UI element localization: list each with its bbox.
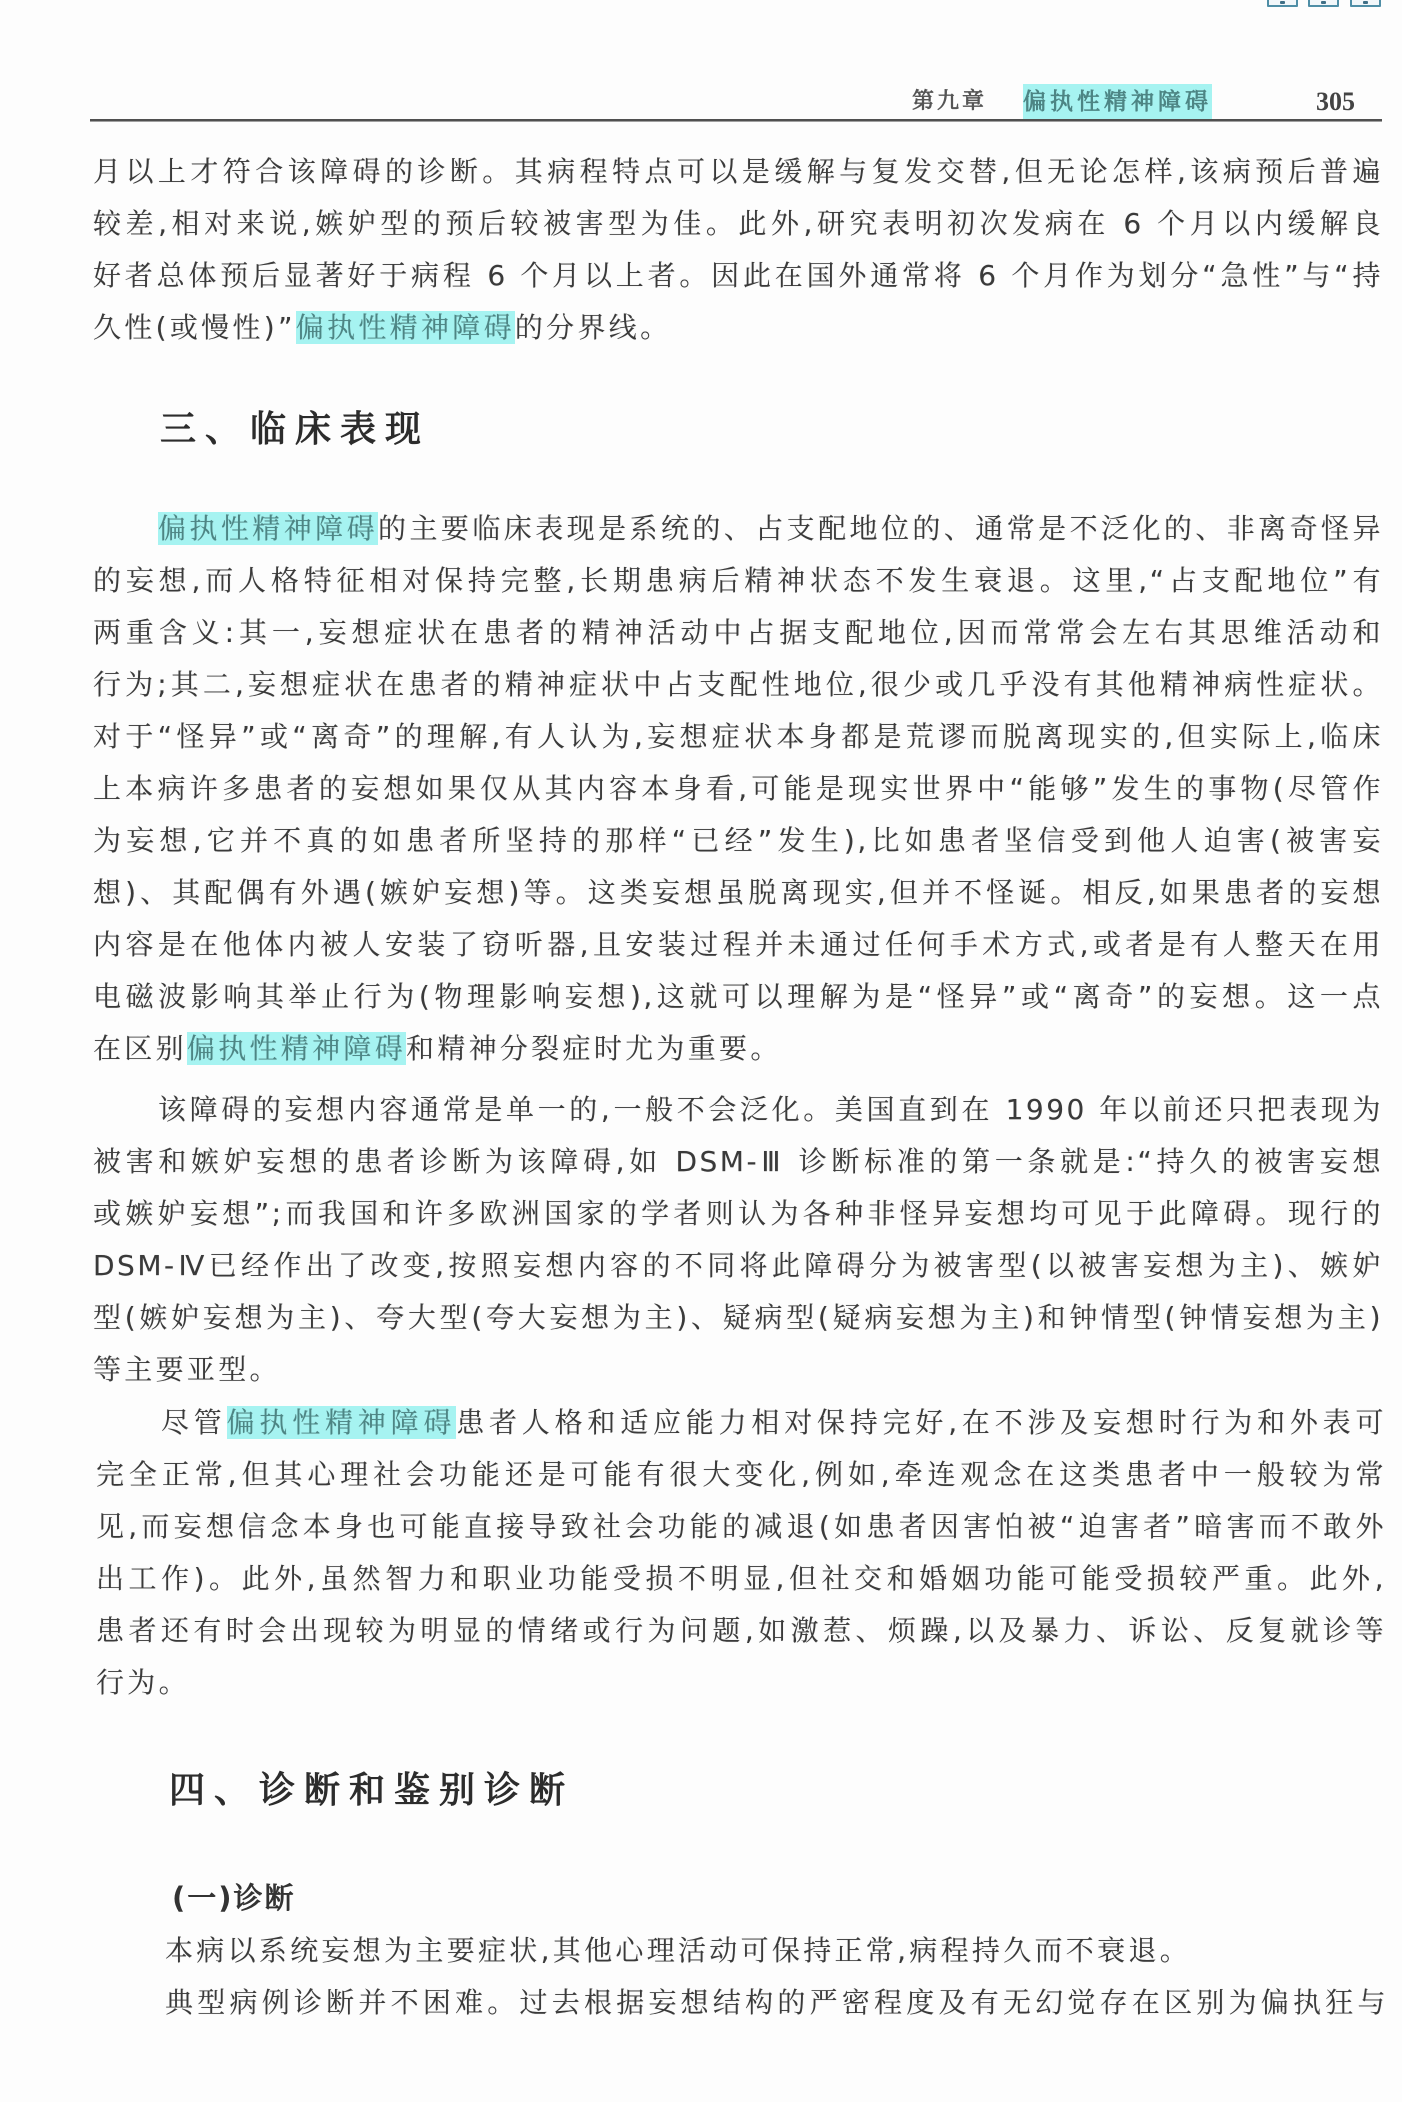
text-line: 想)、其配偶有外遇(嫉妒妄想)等。这类妄想虽脱离现实,但并不怪诞。相反,如果患者… [93, 867, 1383, 919]
text-segment: 的分界线。 [515, 311, 672, 344]
toolbar-button-icon [1321, 1, 1326, 4]
paragraph-6: 典型病例诊断并不困难。过去根据妄想结构的严密程度及有无幻觉存在区别为偏执狂与 [100, 1977, 1388, 2029]
text-line: 较差,相对来说,嫉妒型的预后较被害型为佳。此外,研究表明初次发病在 6 个月以内… [93, 198, 1383, 250]
text-line: 完全正常,但其心理社会功能还是可能有很大变化,例如,牵连观念在这类患者中一般较为… [96, 1449, 1386, 1501]
section-heading-diagnosis: 四、诊断和鉴别诊断 [169, 1764, 574, 1816]
text-line: 上本病许多患者的妄想如果仅从其内容本身看,可能是现实世界中“能够”发生的事物(尽… [93, 763, 1383, 815]
document-page: 第九章 偏执性精神障碍 305 月以上才符合该障碍的诊断。其病程特点可以是缓解与… [0, 0, 1402, 2102]
text-line: DSM-Ⅳ已经作出了改变,按照妄想内容的不同将此障碍分为被害型(以被害妄想为主)… [93, 1240, 1383, 1292]
toolbar-button-1[interactable] [1267, 0, 1298, 7]
text-line: 等主要亚型。 [93, 1344, 1383, 1396]
text-line: 月以上才符合该障碍的诊断。其病程特点可以是缓解与复发交替,但无论怎样,该病预后普… [93, 146, 1383, 198]
running-header-chapter: 第九章 [912, 84, 987, 120]
text-line: 尽管偏执性精神障碍患者人格和适应能力相对保持完好,在不涉及妄想时行为和外表可 [96, 1397, 1386, 1449]
toolbar-button-3[interactable] [1350, 0, 1381, 7]
section-heading-clinical-features: 三、临床表现 [160, 403, 430, 455]
text-segment: 久性(或慢性)” [93, 311, 296, 344]
text-line: 行为;其二,妄想症状在患者的精神症状中占支配性地位,很少或几乎没有其他精神病性症… [93, 659, 1383, 711]
text-segment: 的主要临床表现是系统的、占支配地位的、通常是不泛化的、非离奇怪异 [378, 512, 1383, 545]
header-rule [90, 119, 1382, 121]
text-line: 出工作)。此外,虽然智力和职业功能受损不明显,但社交和婚姻功能可能受损较严重。此… [96, 1553, 1386, 1605]
page-number: 305 [1316, 84, 1355, 120]
search-highlight: 偏执性精神障碍 [158, 512, 378, 545]
text-line: 的妄想,而人格特征相对保持完整,长期患病后精神状态不发生衰退。这里,“占支配地位… [93, 555, 1383, 607]
paragraph-1: 月以上才符合该障碍的诊断。其病程特点可以是缓解与复发交替,但无论怎样,该病预后普… [93, 146, 1383, 354]
text-line: 在区别偏执性精神障碍和精神分裂症时尤为重要。 [93, 1023, 1383, 1075]
paragraph-5: 本病以系统妄想为主要症状,其他心理活动可保持正常,病程持久而不衰退。 [100, 1925, 1388, 1977]
text-line: 内容是在他体内被人安装了窃听器,且安装过程并未通过任何手术方式,或者是有人整天在… [93, 919, 1383, 971]
text-line: 电磁波影响其举止行为(物理影响妄想),这就可以理解为是“怪异”或“离奇”的妄想。… [93, 971, 1383, 1023]
search-highlight: 偏执性精神障碍 [227, 1406, 457, 1439]
text-segment: 尽管 [161, 1406, 227, 1439]
text-line: 型(嫉妒妄想为主)、夸大型(夸大妄想为主)、疑病型(疑病妄想为主)和钟情型(钟情… [93, 1292, 1383, 1344]
toolbar-button-2[interactable] [1308, 0, 1339, 7]
search-highlight: 偏执性精神障碍 [187, 1032, 406, 1065]
text-segment: 患者人格和适应能力相对保持完好,在不涉及妄想时行为和外表可 [456, 1406, 1386, 1439]
text-line: 典型病例诊断并不困难。过去根据妄想结构的严密程度及有无幻觉存在区别为偏执狂与 [100, 1977, 1388, 2029]
paragraph-2: 偏执性精神障碍的主要临床表现是系统的、占支配地位的、通常是不泛化的、非离奇怪异 … [93, 503, 1383, 1075]
text-line: 偏执性精神障碍的主要临床表现是系统的、占支配地位的、通常是不泛化的、非离奇怪异 [93, 503, 1383, 555]
text-line: 久性(或慢性)”偏执性精神障碍的分界线。 [93, 302, 1383, 354]
subsection-heading-diagnosis: (一)诊断 [172, 1872, 296, 1924]
toolbar-button-icon [1280, 1, 1285, 4]
text-line: 为妄想,它并不真的如患者所坚持的那样“已经”发生),比如患者坚信受到他人迫害(被… [93, 815, 1383, 867]
text-line: 或嫉妒妄想”;而我国和许多欧洲国家的学者则认为各种非怪异妄想均可见于此障碍。现行… [93, 1188, 1383, 1240]
text-line: 被害和嫉妒妄想的患者诊断为该障碍,如 DSM-Ⅲ 诊断标准的第一条就是:“持久的… [93, 1136, 1383, 1188]
text-line: 好者总体预后显著好于病程 6 个月以上者。因此在国外通常将 6 个月作为划分“急… [93, 250, 1383, 302]
text-segment: 和精神分裂症时尤为重要。 [406, 1032, 782, 1065]
text-line: 该障碍的妄想内容通常是单一的,一般不会泛化。美国直到在 1990 年以前还只把表… [93, 1084, 1383, 1136]
paragraph-3: 该障碍的妄想内容通常是单一的,一般不会泛化。美国直到在 1990 年以前还只把表… [93, 1084, 1383, 1396]
text-line: 对于“怪异”或“离奇”的理解,有人认为,妄想症状本身都是荒谬而脱离现实的,但实际… [93, 711, 1383, 763]
text-line: 患者还有时会出现较为明显的情绪或行为问题,如激惹、烦躁,以及暴力、诉讼、反复就诊… [96, 1605, 1386, 1657]
search-highlight: 偏执性精神障碍 [296, 311, 515, 344]
text-line: 见,而妄想信念本身也可能直接导致社会功能的减退(如患者因害怕被“迫害者”暗害而不… [96, 1501, 1386, 1553]
running-header-title-highlight: 偏执性精神障碍 [1023, 84, 1212, 120]
text-segment: 在区别 [93, 1032, 187, 1065]
paragraph-4: 尽管偏执性精神障碍患者人格和适应能力相对保持完好,在不涉及妄想时行为和外表可 完… [96, 1397, 1386, 1709]
toolbar-button-icon [1363, 1, 1368, 4]
text-line: 本病以系统妄想为主要症状,其他心理活动可保持正常,病程持久而不衰退。 [100, 1925, 1388, 1977]
text-line: 行为。 [96, 1657, 1386, 1709]
text-line: 两重含义:其一,妄想症状在患者的精神活动中占据支配地位,因而常常会左右其思维活动… [93, 607, 1383, 659]
